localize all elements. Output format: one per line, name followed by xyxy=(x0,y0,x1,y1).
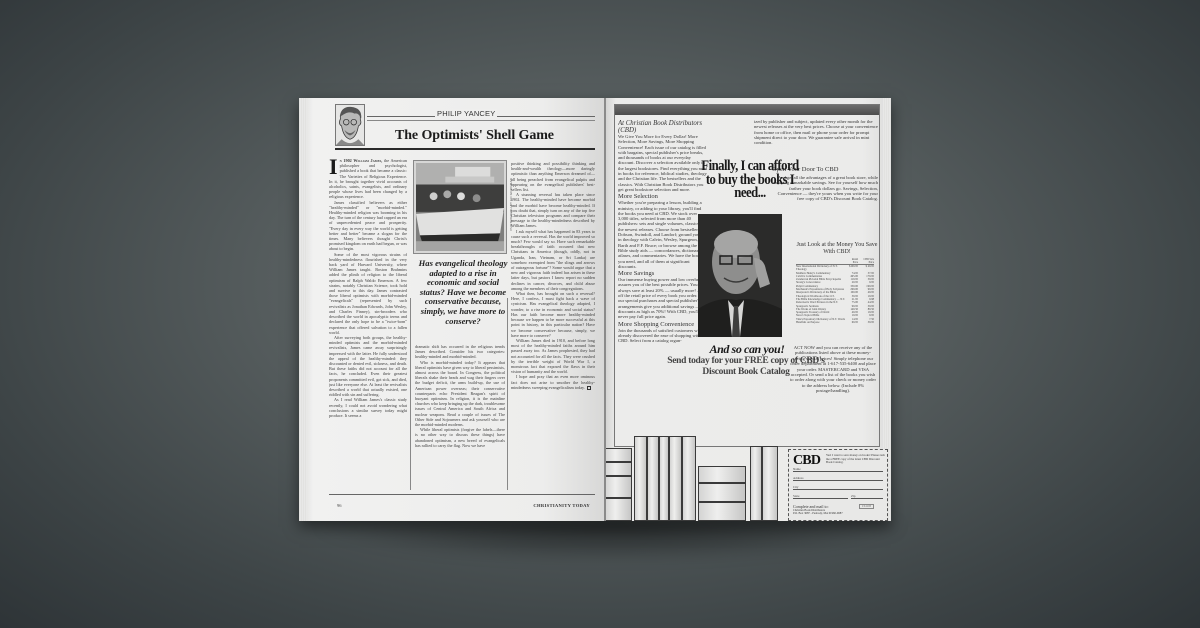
book-icon xyxy=(604,498,632,521)
article-column-3: positive thinking and possibility thinki… xyxy=(511,161,595,492)
paragraph: I ask myself what has happened in 83 yea… xyxy=(511,229,595,291)
more-shopping-heading: More Shopping Convenience xyxy=(618,321,708,328)
ad-intro-heading: At Christian Book Distributors (CBD) xyxy=(618,120,708,134)
book-icon xyxy=(604,476,632,498)
magazine-shadow xyxy=(320,520,900,560)
paragraph: A stunning reversal has taken place sinc… xyxy=(511,192,595,228)
book-icon xyxy=(604,462,632,476)
more-selection-heading: More Selection xyxy=(618,193,708,200)
book-icon xyxy=(669,436,682,521)
coupon-zip-field[interactable]: Zip xyxy=(851,493,883,499)
coupon-city-field[interactable]: City xyxy=(793,484,883,490)
price-table-body: New International Dictionary of N.T. The… xyxy=(796,265,874,325)
pull-quote: Has evangelical theology adapted to a ri… xyxy=(415,259,511,326)
book-stack-illustration xyxy=(604,448,782,521)
lead-paragraph: I n 1902 William James, the American phi… xyxy=(329,158,407,200)
book-icon xyxy=(698,502,746,521)
more-savings-heading: More Savings xyxy=(618,270,708,277)
ad-column-1: At Christian Book Distributors (CBD) We … xyxy=(618,119,708,449)
retail-price-cell: $109.95 xyxy=(846,265,858,272)
headline-rule xyxy=(335,148,595,150)
book-icon xyxy=(698,483,746,502)
book-icon xyxy=(604,448,632,462)
coupon-address-field[interactable]: Address xyxy=(793,475,883,481)
ad-col2-text: ized by publisher and subject, updated e… xyxy=(754,119,878,145)
paragraph: As I read William James's classic study … xyxy=(329,397,407,418)
man-with-glasses-photo-icon xyxy=(698,214,782,337)
more-savings-text: Our immense buying power and low overhea… xyxy=(618,277,708,319)
paragraph: I hope and pray that an even more ominou… xyxy=(511,374,595,390)
coupon-state-field[interactable]: State xyxy=(793,493,848,499)
cbd-price-cell: 39.95 xyxy=(858,321,874,324)
paragraph: dramatic shift has occurred in the relig… xyxy=(415,344,505,360)
act-now-text: ACT NOW and you can receive any of the p… xyxy=(790,345,876,394)
column-rule xyxy=(507,298,508,490)
book-icon xyxy=(682,436,696,521)
ad-intro-text: We Give You More for Every Dollar! More … xyxy=(618,134,708,192)
coupon-name-field[interactable]: Name xyxy=(793,466,883,472)
magazine-spread: PHILIP YANCEY The Optimists' Shell Game … xyxy=(299,98,891,521)
book-title-cell: Handfuls on Purpose xyxy=(796,321,846,324)
price-comparison-table: Retail Price CBD Sale Price New Internat… xyxy=(796,258,874,324)
left-page-article: PHILIP YANCEY The Optimists' Shell Game … xyxy=(299,98,604,521)
author-portrait-icon xyxy=(335,104,365,146)
table-row: Handfuls on Purpose69.9539.95 xyxy=(796,321,874,324)
spine-gutter xyxy=(604,98,606,521)
book-icon xyxy=(647,436,659,521)
ad-column-2-top: ized by publisher and subject, updated e… xyxy=(754,119,878,155)
sailboat-photo-icon xyxy=(416,163,504,251)
paragraph: What then, has brought on such a reversa… xyxy=(511,291,595,338)
coupon-code: CT-1185 xyxy=(859,504,874,509)
ad-big-headline: Finally, I can afford to buy the books I… xyxy=(697,160,803,201)
book-title-cell: New International Dictionary of N.T. The… xyxy=(796,265,846,272)
ad-top-bar xyxy=(615,105,879,115)
book-icon xyxy=(698,466,746,483)
right-page-advertisement: At Christian Book Distributors (CBD) We … xyxy=(604,98,891,521)
drop-cap: I xyxy=(329,158,338,176)
magazine-name-footer: CHRISTIANITY TODAY xyxy=(533,503,590,508)
article-photo xyxy=(413,160,507,254)
end-mark-icon xyxy=(587,386,591,390)
byline-rule-secondary xyxy=(367,120,595,121)
more-selection-text: Whether you're preparing a lesson, build… xyxy=(618,200,708,269)
price-table-title: Just Look at the Money You Save With CBD… xyxy=(794,242,880,255)
article-column-1: I n 1902 William James, the American phi… xyxy=(329,158,407,492)
coupon-text: Yes! I want to save money on books! Plea… xyxy=(826,454,886,465)
page-number: 96 xyxy=(337,503,342,508)
paragraph: Some of the most vigorous strains of hea… xyxy=(329,252,407,335)
article-column-2: dramatic shift has occurred in the relig… xyxy=(415,344,505,492)
footer-rule xyxy=(329,494,595,495)
column-rule xyxy=(410,298,411,490)
paragraph: While liberal optimists (forgive the lab… xyxy=(415,427,505,448)
paragraph: After surveying both groups, the healthy… xyxy=(329,335,407,397)
page-edges xyxy=(299,98,307,521)
more-shopping-text: Join the thousands of satisfied customer… xyxy=(618,328,708,344)
magazine-stage: PHILIP YANCEY The Optimists' Shell Game … xyxy=(0,0,1200,628)
coupon-mail-address: Complete and mail to: Christian Book Dis… xyxy=(793,505,863,516)
retail-price-cell: 69.95 xyxy=(846,321,858,324)
article-headline: The Optimists' Shell Game xyxy=(395,128,554,144)
book-icon xyxy=(762,446,778,521)
paragraph: William James died in 1910, and before l… xyxy=(511,338,595,374)
cbd-price-cell: $ 49.95 xyxy=(858,265,874,272)
paragraph: positive thinking and possibility thinki… xyxy=(511,161,595,192)
order-coupon[interactable]: CBD Yes! I want to save money on books! … xyxy=(788,449,888,521)
book-icon xyxy=(634,436,647,521)
byline: PHILIP YANCEY xyxy=(435,109,497,118)
book-icon xyxy=(750,446,762,521)
table-row: New International Dictionary of N.T. The… xyxy=(796,265,874,272)
paragraph: Who is morbid-minded today? It appears t… xyxy=(415,360,505,428)
book-icon xyxy=(659,436,669,521)
paragraph: James classified believers as either "he… xyxy=(329,200,407,252)
